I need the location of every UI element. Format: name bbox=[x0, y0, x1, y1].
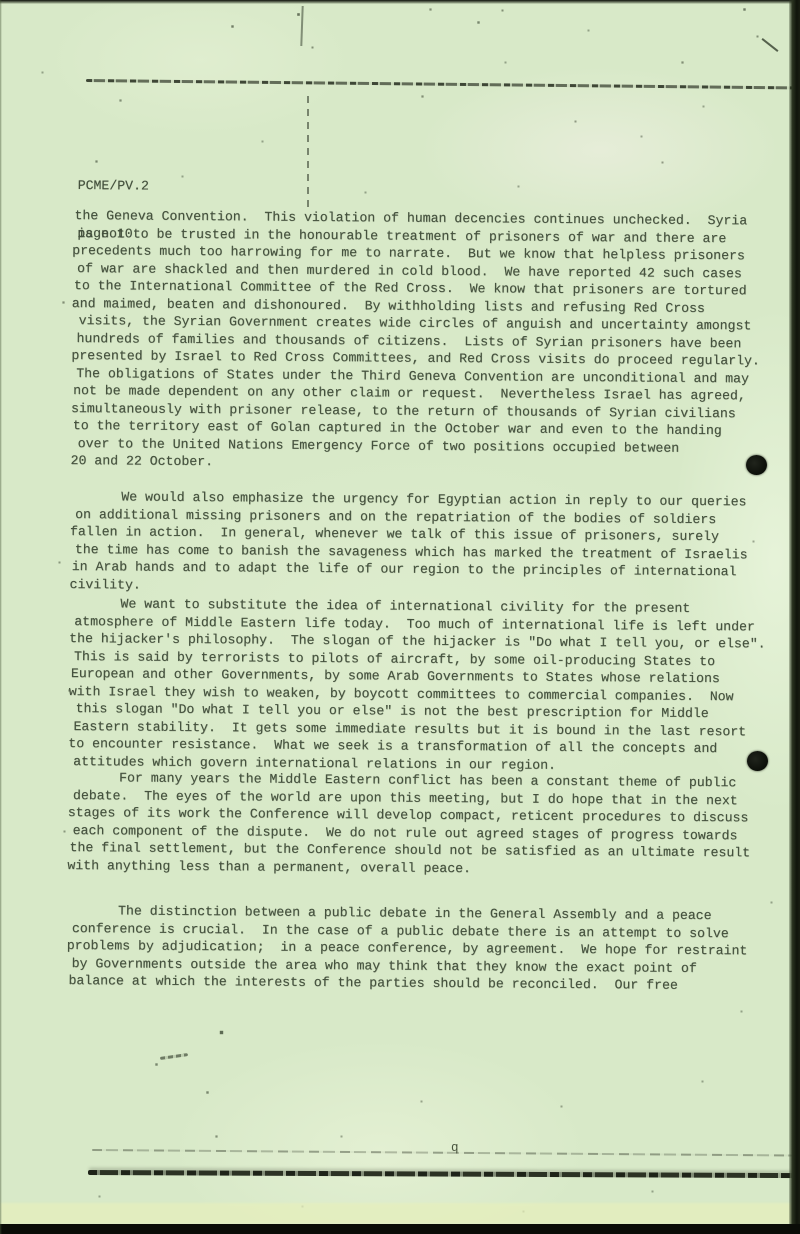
paragraph: For many years the Middle Eastern confli… bbox=[69, 769, 750, 879]
punch-hole-mark-top bbox=[746, 455, 767, 475]
scanned-document-page: PCME/PV.2 page 10 the Geneva Convention.… bbox=[0, 0, 800, 1234]
document-reference: PCME/PV.2 bbox=[78, 178, 149, 195]
bottom-exposure-band bbox=[0, 1203, 800, 1224]
typewritten-content: PCME/PV.2 page 10 the Geneva Convention.… bbox=[0, 0, 800, 1234]
paragraph: The distinction between a public debate … bbox=[68, 902, 747, 995]
fold-mark-lower bbox=[307, 96, 309, 208]
punch-hole-mark-bottom bbox=[747, 751, 768, 771]
scan-edge-top bbox=[0, 0, 800, 4]
scan-edge-bottom bbox=[0, 1224, 800, 1234]
paragraph: We want to substitute the idea of intern… bbox=[70, 595, 766, 775]
scan-edge-left bbox=[0, 0, 2, 1234]
stray-character: q bbox=[451, 1141, 459, 1155]
paragraph: We would also emphasize the urgency for … bbox=[72, 488, 748, 598]
paragraph: the Geneva Convention. This violation of… bbox=[72, 207, 761, 475]
scan-edge-right bbox=[789, 0, 800, 1234]
